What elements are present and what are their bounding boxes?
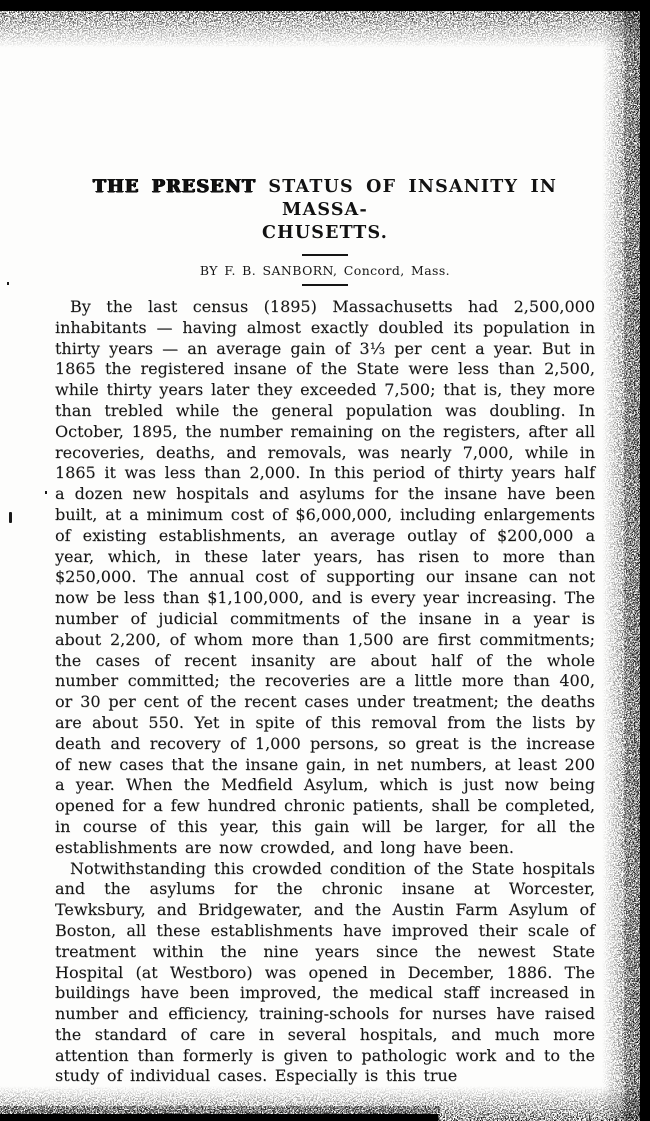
paragraph-2: Notwithstanding this crowded condition o… bbox=[55, 859, 595, 1088]
title-line-2: CHUSETTS. bbox=[55, 222, 595, 245]
title-line-1: THE PRESENT STATUS OF INSANITY IN MASSA- bbox=[93, 177, 557, 220]
right-edge-artifact bbox=[602, 0, 650, 1121]
title-emphasis: THE PRESENT bbox=[93, 177, 256, 197]
divider-rule-top bbox=[302, 254, 348, 256]
title-line1-rest: STATUS OF INSANITY IN MASSA- bbox=[268, 177, 557, 220]
bottom-edge-artifact bbox=[0, 1086, 650, 1121]
article: THE PRESENT STATUS OF INSANITY IN MASSA-… bbox=[55, 0, 595, 1087]
stray-ink-marks bbox=[7, 282, 47, 523]
paragraph-1: By the last census (1895) Massachusetts … bbox=[55, 297, 595, 859]
byline: BY F. B. SANBORN, Concord, Mass. bbox=[55, 263, 595, 278]
scanned-page: THE PRESENT STATUS OF INSANITY IN MASSA-… bbox=[0, 0, 650, 1121]
divider-rule-bottom bbox=[302, 284, 348, 286]
article-title: THE PRESENT STATUS OF INSANITY IN MASSA-… bbox=[55, 176, 595, 245]
